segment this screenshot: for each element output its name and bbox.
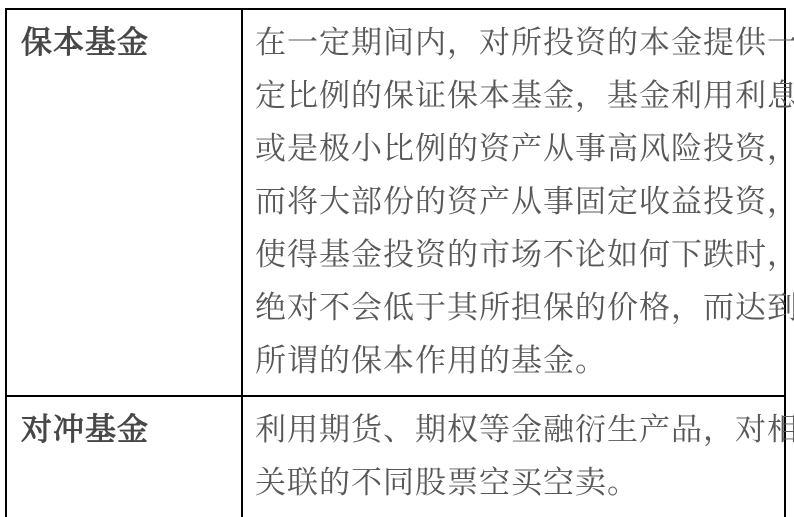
fund-term: 保本基金 xyxy=(21,16,233,69)
document-page: 保本基金 在一定期间内，对所投资的本金提供一 定比例的保证保本基金，基金利用利息… xyxy=(0,0,794,517)
table-row-hedge-fund: 对冲基金 利用期货、期权等金融衍生产品，对相 关联的不同股票空买空卖。 xyxy=(6,396,785,517)
definition-line: 利用期货、期权等金融衍生产品，对相 xyxy=(255,403,778,456)
term-cell-baoben-fund: 保本基金 xyxy=(6,9,242,396)
definition-cell-hedge-fund: 利用期货、期权等金融衍生产品，对相 关联的不同股票空买空卖。 xyxy=(242,396,785,517)
definition-line: 关联的不同股票空买空卖。 xyxy=(255,456,778,509)
fund-definition-table: 保本基金 在一定期间内，对所投资的本金提供一 定比例的保证保本基金，基金利用利息… xyxy=(5,8,786,517)
definition-line: 使得基金投资的市场不论如何下跌时， xyxy=(255,228,778,281)
term-cell-hedge-fund: 对冲基金 xyxy=(6,396,242,517)
definition-line: 所谓的保本作用的基金。 xyxy=(255,334,778,387)
definition-line: 在一定期间内，对所投资的本金提供一 xyxy=(255,16,778,69)
definition-line: 而将大部份的资产从事固定收益投资， xyxy=(255,175,778,228)
fund-term: 对冲基金 xyxy=(21,403,233,456)
definition-cell-baoben-fund: 在一定期间内，对所投资的本金提供一 定比例的保证保本基金，基金利用利息 或是极小… xyxy=(242,9,785,396)
definition-line: 定比例的保证保本基金，基金利用利息 xyxy=(255,69,778,122)
table-row-baoben-fund: 保本基金 在一定期间内，对所投资的本金提供一 定比例的保证保本基金，基金利用利息… xyxy=(6,9,785,396)
definition-line: 绝对不会低于其所担保的价格，而达到 xyxy=(255,281,778,334)
definition-line: 或是极小比例的资产从事高风险投资， xyxy=(255,122,778,175)
